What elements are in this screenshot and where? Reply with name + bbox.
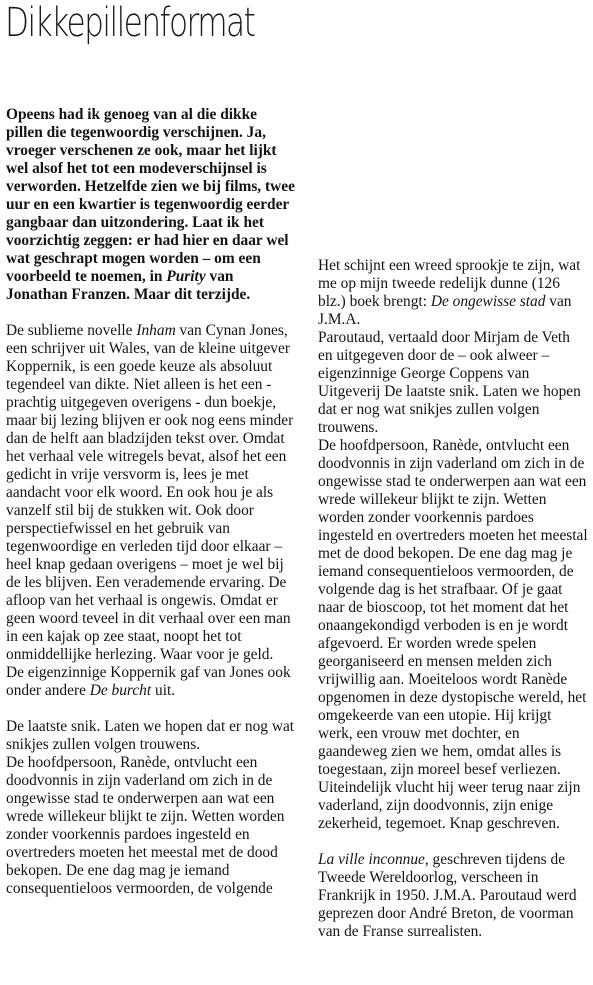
- novelle-paragraph: De sublieme novelle Inham van Cynan Jone…: [6, 322, 295, 700]
- book-title-de-burcht: De burcht: [90, 682, 151, 699]
- ongewisse-stad-paragraph: Het schijnt een wreed sprookje te zijn, …: [318, 257, 588, 833]
- book-title-de-ongewisse-stad: De ongewisse stad: [431, 293, 546, 310]
- book-title-la-ville-inconnue: La ville inconnue: [318, 851, 425, 868]
- novelle-text-pre: De sublieme novelle: [6, 322, 136, 339]
- intro-paragraph: Opeens had ik genoeg van al die dikke pi…: [6, 106, 295, 304]
- left-column: Opeens had ik genoeg van al die dikke pi…: [6, 106, 295, 898]
- laatste-snik-paragraph: De laatste snik. Laten we hopen dat er n…: [6, 718, 295, 898]
- page-title: Dikkepillenformat: [5, 0, 254, 46]
- ongewisse-text-post: van J.M.A. Paroutaud, vertaald door Mirj…: [318, 293, 588, 832]
- la-ville-paragraph: La ville inconnue, geschreven tijdens de…: [318, 851, 588, 941]
- novelle-text-mid: van Cynan Jones, een schrijver uit Wales…: [6, 322, 293, 699]
- book-title-inham: Inham: [136, 322, 175, 339]
- article-page: Dikkepillenformat Opeens had ik genoeg v…: [0, 0, 593, 985]
- right-column: Het schijnt een wreed sprookje te zijn, …: [318, 257, 588, 941]
- book-title-purity: Purity: [166, 268, 205, 285]
- intro-text-pre: Opeens had ik genoeg van al die dikke pi…: [6, 106, 295, 285]
- novelle-text-post: uit.: [151, 682, 175, 699]
